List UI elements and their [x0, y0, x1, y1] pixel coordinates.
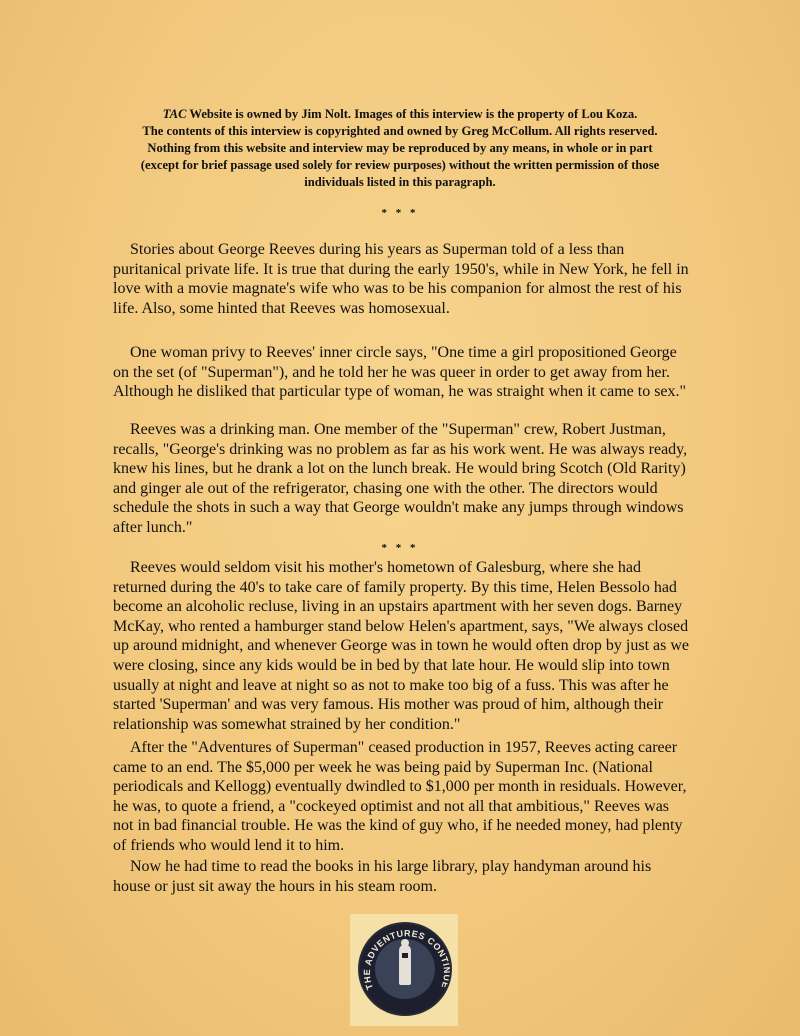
notice-line-4: (except for brief passage used solely fo… [124, 157, 676, 174]
svg-text:THE ADVENTURES CONTINUE: THE ADVENTURES CONTINUE [362, 928, 452, 991]
logo-ring-text: THE ADVENTURES CONTINUE [360, 924, 452, 1016]
notice-line-3: Nothing from this website and interview … [124, 140, 676, 157]
notice-line-5: individuals listed in this paragraph. [124, 174, 676, 191]
paragraph-inner-circle: One woman privy to Reeves' inner circle … [113, 343, 691, 402]
section-separator: * * * [0, 207, 800, 219]
notice-line-1: Website is owned by Jim Nolt. Images of … [187, 107, 638, 121]
paragraph-drinking: Reeves was a drinking man. One member of… [113, 420, 691, 538]
logo-seal: THE ADVENTURES CONTINUE [358, 922, 452, 1016]
copyright-notice: TAC Website is owned by Jim Nolt. Images… [124, 106, 676, 191]
paragraph-career-end: After the "Adventures of Superman" cease… [113, 738, 691, 856]
paragraph-galesburg: Reeves would seldom visit his mother's h… [113, 558, 691, 734]
paragraph-library: Now he had time to read the books in his… [113, 857, 691, 896]
tac-label: TAC [163, 107, 187, 121]
notice-line-2: The contents of this interview is copyri… [124, 123, 676, 140]
adventures-continue-logo: THE ADVENTURES CONTINUE [350, 914, 458, 1026]
paragraph-private-life: Stories about George Reeves during his y… [113, 240, 691, 318]
document-page: TAC Website is owned by Jim Nolt. Images… [0, 0, 800, 1036]
section-separator: * * * [0, 542, 800, 554]
